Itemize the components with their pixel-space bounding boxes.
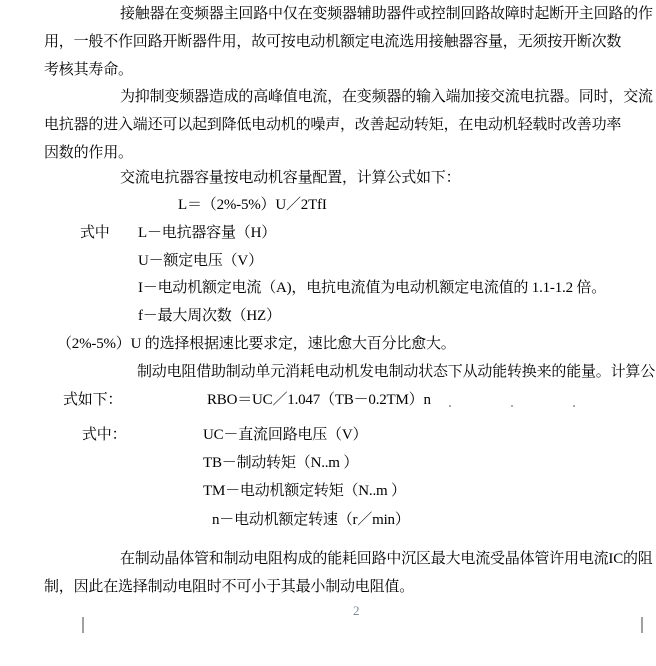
- text-line: UC－直流回路电压（V）: [203, 427, 367, 444]
- formula-trailing-dot: [511, 405, 513, 407]
- formula-trailing-dot: [449, 405, 451, 407]
- text-line: 电抗器的进入端还可以起到降低电动机的噪声，改善起动转矩，在电动机轻载时改善功率: [44, 117, 621, 134]
- document-page: 接触器在变频器主回路中仅在变频器辅助器件或控制回路故障时起断开主回路的作用，一般…: [0, 0, 656, 666]
- text-boundary-mark: [82, 617, 84, 633]
- text-line: I－电动机额定电流（A)，电抗电流值为电动机额定电流值的 1.1-1.2 倍。: [138, 280, 606, 297]
- page-number: 2: [353, 604, 360, 618]
- text-line: 因数的作用。: [44, 145, 133, 162]
- text-line: 式如下：: [63, 392, 122, 409]
- text-boundary-mark: [641, 617, 643, 633]
- formula-trailing-dot: [573, 405, 575, 407]
- text-line: （2%-5%）U 的选择根据速比要求定，速比愈大百分比愈大。: [57, 336, 456, 353]
- text-line: U－额定电压（V）: [138, 253, 263, 270]
- text-line: 在制动晶体管和制动电阻构成的能耗回路中沉区最大电流受晶体管许用电流IC的阻: [120, 551, 653, 568]
- text-line: TM－电动机额定转矩（N..m ）: [203, 483, 406, 500]
- text-line: 制动电阻借助制动单元消耗电动机发电制动状态下从动能转换来的能量。计算公: [137, 364, 655, 381]
- text-line: 式中: [80, 225, 110, 242]
- text-line: TB－制动转矩（N..m ）: [203, 455, 358, 472]
- text-line: 交流电抗器容量按电动机容量配置，计算公式如下：: [120, 170, 460, 187]
- text-line: 制，因此在选择制动电阻时不可小于其最小制动电阻值。: [44, 579, 414, 596]
- text-line: 为抑制变频器造成的高峰值电流，在变频器的输入端加接交流电抗器。同时，交流: [120, 89, 653, 106]
- text-line: 用，一般不作回路开断器件用，故可按电动机额定电流选用接触器容量，无须按开断次数: [44, 34, 621, 51]
- text-line: RBO＝UC／1.047（TB－0.2TM）n: [207, 392, 431, 409]
- text-line: n－电动机额定转速（r／min）: [212, 512, 410, 529]
- text-line: L＝（2%-5%）U／2TfI: [178, 197, 327, 214]
- text-line: L－电抗器容量（H）: [138, 225, 276, 242]
- text-line: 考核其寿命。: [44, 62, 133, 79]
- text-line: 式中：: [82, 427, 126, 444]
- text-line: 接触器在变频器主回路中仅在变频器辅助器件或控制回路故障时起断开主回路的作: [120, 6, 653, 23]
- text-line: f－最大周次数（HZ）: [138, 308, 281, 325]
